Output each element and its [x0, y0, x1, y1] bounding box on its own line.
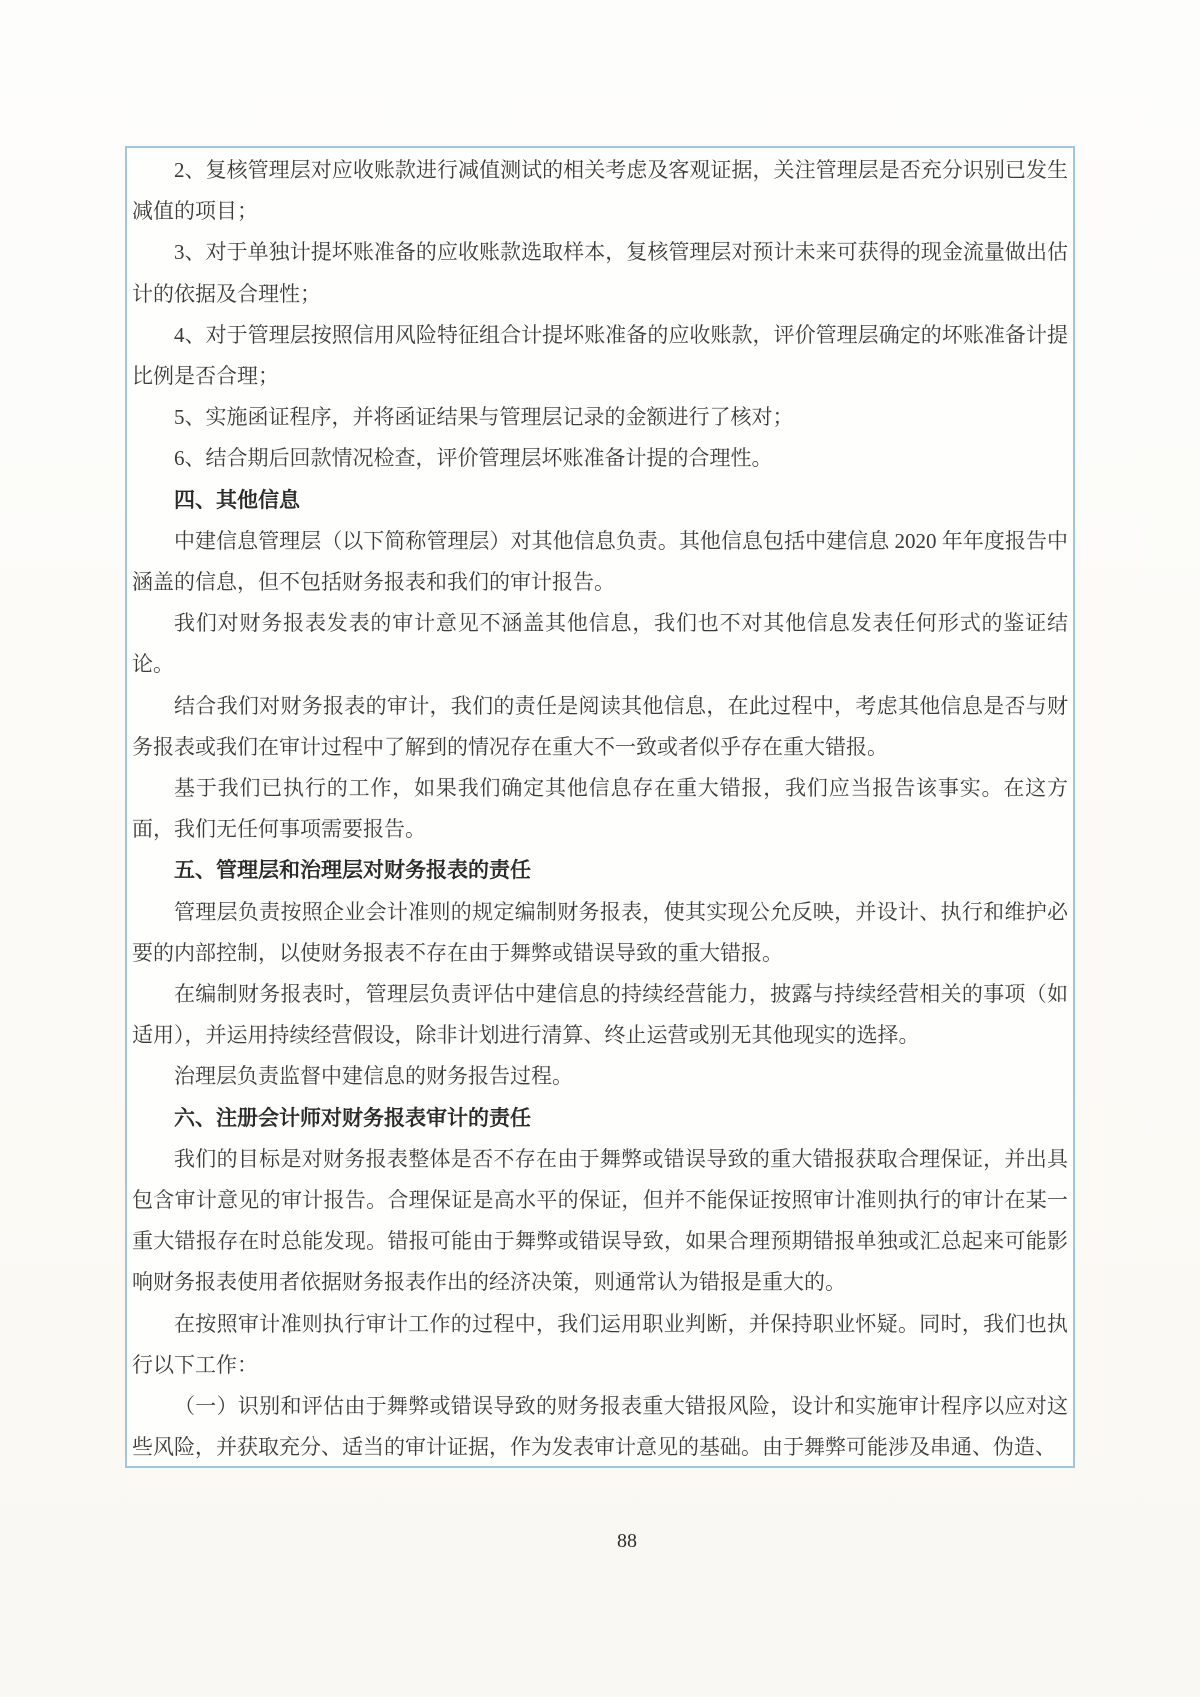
document-page: 2、复核管理层对应收账款进行减值测试的相关考虑及客观证据，关注管理层是否充分识别…: [0, 0, 1200, 1697]
paragraph: 治理层负责监督中建信息的财务报告过程。: [132, 1056, 1068, 1097]
list-item-2: 2、复核管理层对应收账款进行减值测试的相关考虑及客观证据，关注管理层是否充分识别…: [132, 150, 1068, 232]
paragraph: 基于我们已执行的工作，如果我们确定其他信息存在重大错报，我们应当报告该事实。在这…: [132, 768, 1068, 850]
paragraph: 管理层负责按照企业会计准则的规定编制财务报表，使其实现公允反映，并设计、执行和维…: [132, 892, 1068, 974]
list-item-3: 3、对于单独计提坏账准备的应收账款选取样本，复核管理层对预计未来可获得的现金流量…: [132, 232, 1068, 314]
page-number: 88: [617, 1530, 637, 1552]
list-item-6: 6、结合期后回款情况检查，评价管理层坏账准备计提的合理性。: [132, 438, 1068, 479]
paragraph: 结合我们对财务报表的审计，我们的责任是阅读其他信息，在此过程中，考虑其他信息是否…: [132, 686, 1068, 768]
paragraph: 我们对财务报表发表的审计意见不涵盖其他信息，我们也不对其他信息发表任何形式的鉴证…: [132, 603, 1068, 685]
paragraph: 在按照审计准则执行审计工作的过程中，我们运用职业判断，并保持职业怀疑。同时，我们…: [132, 1304, 1068, 1386]
list-item-5: 5、实施函证程序，并将函证结果与管理层记录的金额进行了核对；: [132, 397, 1068, 438]
paragraph: 中建信息管理层（以下简称管理层）对其他信息负责。其他信息包括中建信息 2020 …: [132, 521, 1068, 603]
list-item-4: 4、对于管理层按照信用风险特征组合计提坏账准备的应收账款，评价管理层确定的坏账准…: [132, 315, 1068, 397]
paragraph: 在编制财务报表时，管理层负责评估中建信息的持续经营能力，披露与持续经营相关的事项…: [132, 974, 1068, 1056]
section-heading-auditor-responsibility: 六、注册会计师对财务报表审计的责任: [132, 1098, 1068, 1139]
section-heading-management-responsibility: 五、管理层和治理层对财务报表的责任: [132, 850, 1068, 891]
paragraph: 我们的目标是对财务报表整体是否不存在由于舞弊或错误导致的重大错报获取合理保证，并…: [132, 1139, 1068, 1304]
text-border-box: 2、复核管理层对应收账款进行减值测试的相关考虑及客观证据，关注管理层是否充分识别…: [125, 146, 1075, 1468]
paragraph: （一）识别和评估由于舞弊或错误导致的财务报表重大错报风险，设计和实施审计程序以应…: [132, 1386, 1068, 1468]
page-footer: 88: [0, 1530, 1200, 1553]
section-heading-other-information: 四、其他信息: [132, 480, 1068, 521]
